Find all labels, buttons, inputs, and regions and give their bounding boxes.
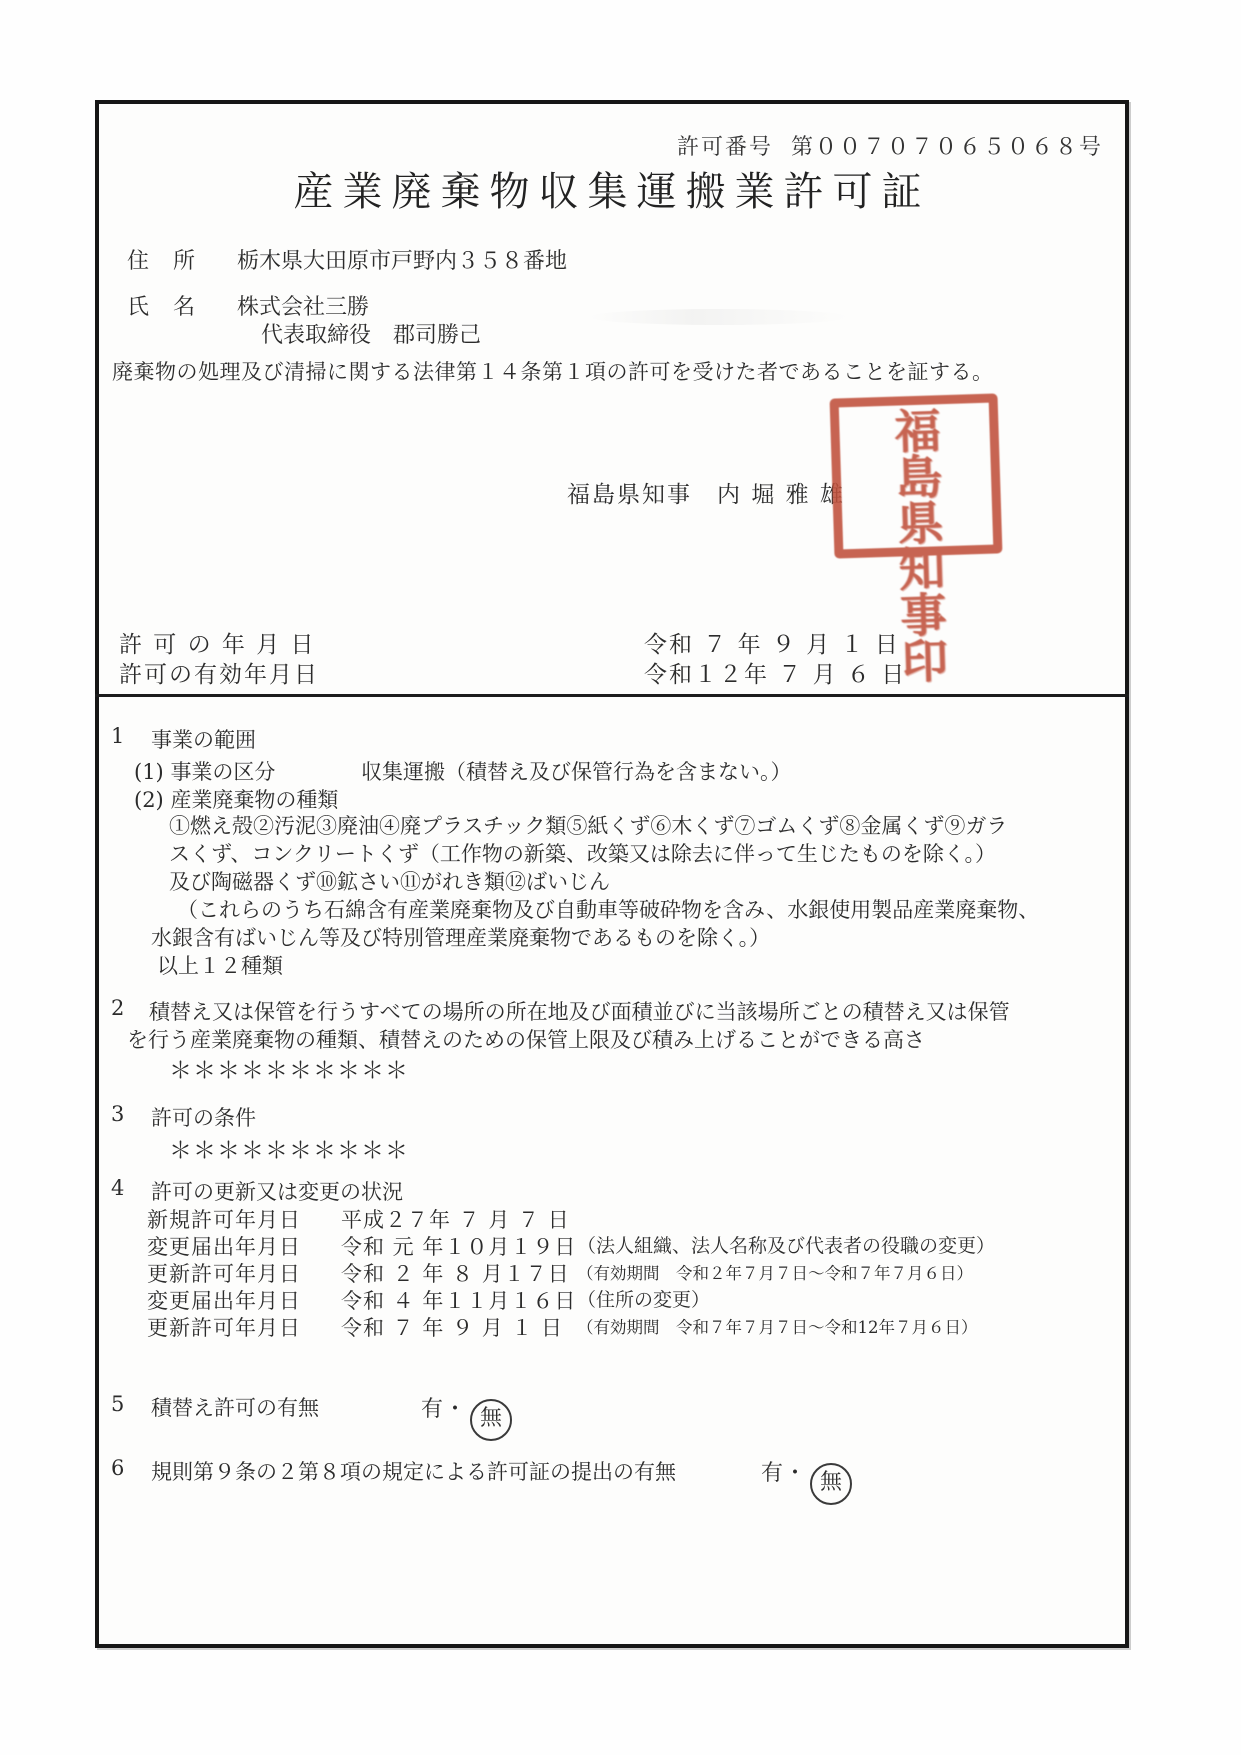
name-label: 氏 名 xyxy=(127,290,196,321)
waste-type-line: 及び陶磁器くず⑩鉱さい⑪がれき類⑫ばいじん xyxy=(169,866,610,896)
transfer-permit-options: 有・無 xyxy=(421,1392,512,1441)
company-name: 株式会社三勝 xyxy=(237,290,369,321)
section-3-heading: 許可の条件 xyxy=(151,1102,256,1132)
submission-option-yes: 有 xyxy=(761,1461,783,1486)
permit-document-frame: 許可番号 第００７０７０６５０６８号 産業廃棄物収集運搬業許可証 住 所 栃木県… xyxy=(95,100,1129,1648)
renewal-row-date: 令和 ４ 年１１月１６日 xyxy=(341,1285,576,1315)
section-1-number: 1 xyxy=(111,724,124,748)
section-2-number: 2 xyxy=(111,996,124,1020)
section-2-text-line-2: を行う産業廃棄物の種類、積替えのための保管上限及び積み上げることができる高さ xyxy=(127,1024,925,1054)
expiry-date-label: 許可の有効年月日 xyxy=(119,656,319,689)
renewal-row-date: 令和 ７ 年 ９ 月 １ 日 xyxy=(341,1312,563,1342)
address-value: 栃木県大田原市戸野内３５８番地 xyxy=(237,244,567,275)
section-6-number: 6 xyxy=(111,1456,124,1480)
section-4-heading: 許可の更新又は変更の状況 xyxy=(151,1176,403,1206)
waste-type-line: 水銀含有ばいじん等及び特別管理産業廃棄物であるものを除く。） xyxy=(151,922,770,952)
option-separator: ・ xyxy=(784,1461,806,1486)
section-divider-line xyxy=(95,694,1129,697)
waste-type-line: （これらのうち石綿含有産業廃棄物及び自動車等破砕物を含み、水銀使用製品産業廃棄物… xyxy=(177,894,1039,924)
submission-options: 有・無 xyxy=(761,1456,852,1505)
renewal-row-label: 更新許可年月日 xyxy=(147,1312,301,1342)
permit-number: 許可番号 第００７０７０６５０６８号 xyxy=(677,130,1103,161)
item-2-number: (2) xyxy=(134,788,164,812)
option-separator: ・ xyxy=(444,1397,466,1422)
renewal-row-date: 令和 ２ 年 ８ 月１７日 xyxy=(341,1258,570,1288)
governor-seal: 福島県知事印 xyxy=(830,393,1003,558)
renewal-row-note: （有効期間 令和２年７月７日～令和７年７月６日） xyxy=(577,1258,973,1284)
renewal-row-date: 平成２７年 ７ 月 ７ 日 xyxy=(341,1204,570,1234)
representative-name: 代表取締役 郡司勝己 xyxy=(261,318,481,349)
grant-date-label: 許 可 の 年 月 日 xyxy=(119,626,316,659)
item-1-number: (1) xyxy=(134,760,164,784)
section-5-number: 5 xyxy=(111,1392,124,1416)
renewal-row-note: （法人組織、法人名称及び代表者の役職の変更） xyxy=(577,1231,995,1258)
business-category-label: (1) 事業の区分 xyxy=(134,756,275,786)
address-label: 住 所 xyxy=(127,244,196,275)
business-category-value: 収集運搬（積替え及び保管行為を含まない。） xyxy=(361,756,792,786)
waste-type-total: 以上１２種類 xyxy=(157,950,283,980)
renewal-row-label: 変更届出年月日 xyxy=(147,1231,301,1261)
expiry-date-value: 令和１２年 ７ 月 ６ 日 xyxy=(644,656,906,689)
certification-statement: 廃棄物の処理及び清掃に関する法律第１４条第１項の許可を受けた者であることを証する… xyxy=(112,356,994,386)
waste-type-line: ①燃え殻②汚泥③廃油④廃プラスチック類⑤紙くず⑥木くず⑦ゴムくず⑧金属くず⑨ガラ xyxy=(169,810,1007,840)
governor-signature: 福島県知事 内 堀 雅 雄 xyxy=(567,476,845,509)
section-4-number: 4 xyxy=(111,1176,124,1200)
section-2-value: ＊＊＊＊＊＊＊＊＊＊ xyxy=(169,1052,409,1085)
submission-option-no-circled: 無 xyxy=(810,1463,852,1505)
waste-type-line: スくず、コンクリートくず（工作物の新築、改築又は除去に伴って生じたものを除く。） xyxy=(169,838,996,868)
transfer-permit-option-yes: 有 xyxy=(421,1397,443,1422)
permit-number-label: 許可番号 xyxy=(677,135,773,160)
section-1-heading: 事業の範囲 xyxy=(151,724,256,754)
renewal-row-label: 新規許可年月日 xyxy=(147,1204,301,1234)
item-2-label: 産業廃棄物の種類 xyxy=(170,788,338,812)
item-1-label: 事業の区分 xyxy=(170,760,275,784)
scan-smudge xyxy=(589,309,849,325)
permit-number-value: 第００７０７０６５０６８号 xyxy=(791,135,1103,160)
document-title: 産業廃棄物収集運搬業許可証 xyxy=(99,160,1125,217)
transfer-permit-option-no-circled: 無 xyxy=(470,1399,512,1441)
renewal-row-label: 更新許可年月日 xyxy=(147,1258,301,1288)
renewal-row-note: （有効期間 令和７年７月７日～令和12年７月６日） xyxy=(577,1312,978,1338)
renewal-row-date: 令和 元 年１０月１９日 xyxy=(341,1231,576,1261)
section-3-number: 3 xyxy=(111,1102,124,1126)
renewal-row-label: 変更届出年月日 xyxy=(147,1285,301,1315)
scanned-page: 許可番号 第００７０７０６５０６８号 産業廃棄物収集運搬業許可証 住 所 栃木県… xyxy=(0,0,1241,1755)
section-5-heading: 積替え許可の有無 xyxy=(151,1392,319,1422)
section-2-text-line-1: 積替え又は保管を行うすべての場所の所在地及び面積並びに当該場所ごとの積替え又は保… xyxy=(149,996,1010,1026)
renewal-row-note: （住所の変更） xyxy=(577,1285,710,1312)
section-6-heading: 規則第９条の２第８項の規定による許可証の提出の有無 xyxy=(151,1456,676,1486)
grant-date-value: 令和 ７ 年 ９ 月 １ 日 xyxy=(644,626,900,659)
governor-seal-text: 福島県知事印 xyxy=(882,406,951,546)
section-3-value: ＊＊＊＊＊＊＊＊＊＊ xyxy=(169,1132,409,1165)
